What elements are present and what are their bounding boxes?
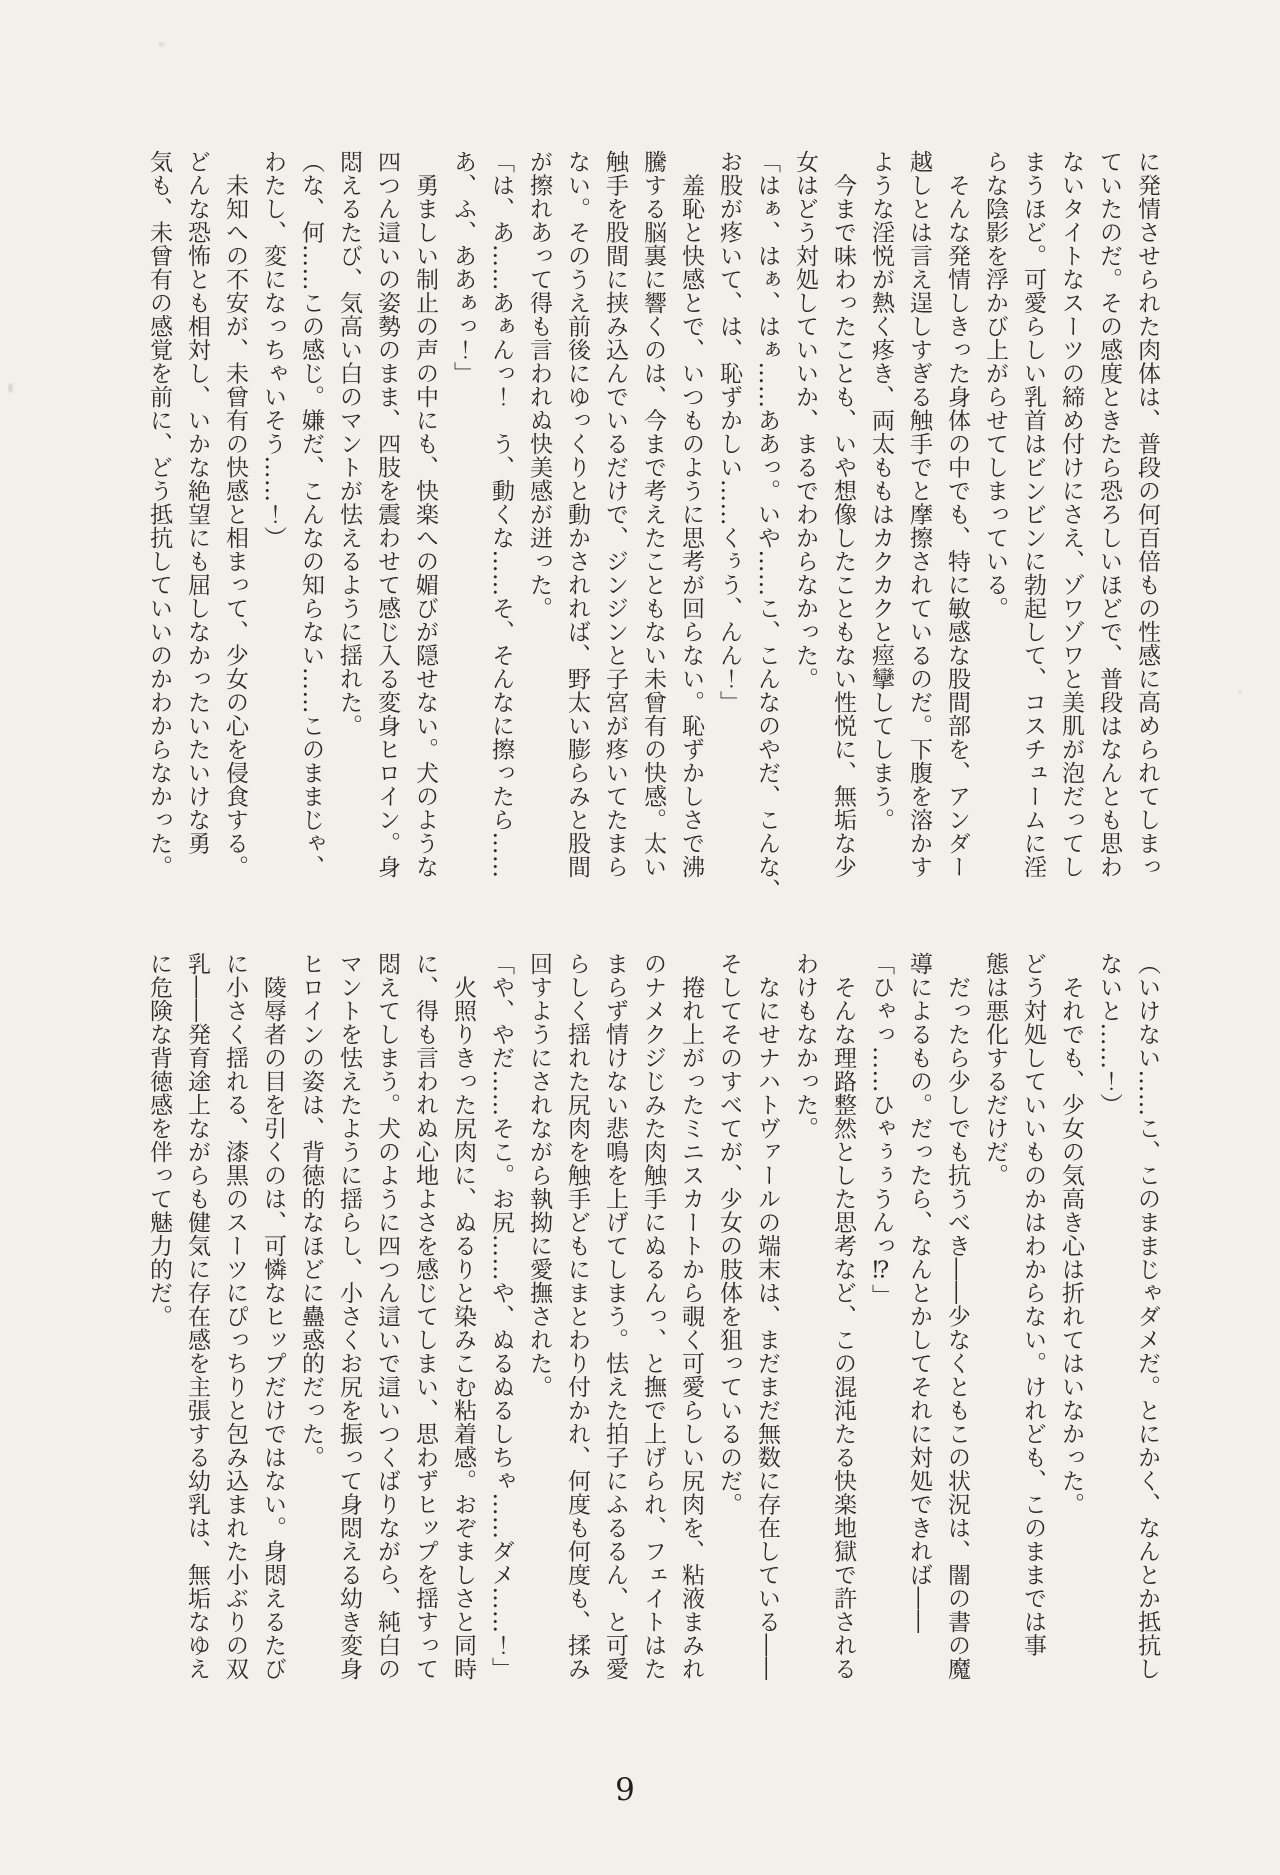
text-column: あ、ふ、ああぁっ！」: [444, 150, 482, 908]
text-column: 「はぁ、はぁ、はぁ……ああっ。いや……こ、こんなのやだ、こんな、: [748, 150, 786, 908]
text-column: 未知への不安が、未曾有の快感と相まって、少女の心を侵食する。: [216, 150, 254, 908]
text-column: そしてそのすべてが、少女の肢体を狙っているのだ。: [710, 952, 748, 1704]
text-column: 女はどう対処していいか、まるでわからなかった。: [786, 150, 824, 908]
text-column: ていたのだ。その感度ときたら恐ろしいほどで、普段はなんとも思わ: [1090, 150, 1128, 908]
text-column: 四つん這いの姿勢のまま、四肢を震わせて感じ入る変身ヒロイン。身: [368, 150, 406, 908]
text-column: 「は、あ……あぁんっ！ う、動くな……そ、そんなに擦ったら……: [482, 150, 520, 908]
text-column: 乳――発育途上ながらも健気に存在感を主張する幼乳は、無垢なゆえ: [178, 952, 216, 1704]
text-column: ないタイトなスーツの締め付けにさえ、ゾワゾワと美肌が泡だってし: [1052, 150, 1090, 908]
text-column: まうほど。可愛らしい乳首はビンビンに勃起して、コスチュームに淫: [1014, 150, 1052, 908]
text-column: らな陰影を浮かび上がらせてしまっている。: [976, 150, 1014, 908]
text-column: 「や、やだ……そこ。お尻……や、ぬるぬるしちゃ……ダメ……！」: [482, 952, 520, 1704]
text-column: 気も、未曾有の感覚を前に、どう抵抗していいのかわからなかった。: [140, 150, 178, 908]
text-column: どんな恐怖とも相対し、いかな絶望にも屈しなかったいたいけな勇: [178, 150, 216, 908]
text-column: 触手を股間に挟み込んでいるだけで、ジンジンと子宮が疼いてたまら: [596, 150, 634, 908]
text-column: 悶えてしまう。犬のように四つん這いで這いつくばりながら、純白の: [368, 952, 406, 1704]
text-column: 悶えるたび、気高い白のマントが怯えるように揺れた。: [330, 150, 368, 908]
text-column: に、得も言われぬ心地よさを感じてしまい、思わずヒップを揺すって: [406, 952, 444, 1704]
text-column: （な、何……この感じ。嫌だ、こんなの知らない……このままじゃ、: [292, 150, 330, 908]
text-column: 捲れ上がったミニスカートから覗く可愛らしい尻肉を、粘液まみれ: [672, 952, 710, 1704]
text-column: らしく揺れた尻肉を触手どもにまとわり付かれ、何度も何度も、揉み: [558, 952, 596, 1704]
text-column: ような淫悦が熱く疼き、両太ももはカクカクと痙攣してしまう。: [862, 150, 900, 908]
scan-speck-icon: [1238, 690, 1242, 694]
text-column: 態は悪化するだけだ。: [976, 952, 1014, 1704]
scanned-page: に発情させられた肉体は、普段の何百倍もの性感に高められてしまっていたのだ。その感…: [0, 0, 1280, 1875]
text-column: なにせナハトヴァールの端末は、まだまだ無数に存在している――: [748, 952, 786, 1704]
text-column: （いけない……こ、このままじゃダメだ。とにかく、なんとか抵抗し: [1128, 952, 1166, 1704]
text-column: ない。そのうえ前後にゆっくりと動かされれば、野太い膨らみと股間: [558, 150, 596, 908]
text-column: 今まで味わったことも、いや想像したこともない性悦に、無垢な少: [824, 150, 862, 908]
text-column: 騰する脳裏に響くのは、今まで考えたこともない未曾有の快感。太い: [634, 150, 672, 908]
text-column: ないと……！）: [1090, 952, 1128, 1704]
text-column: どう対処していいものかはわからない。けれども、このままでは事: [1014, 952, 1052, 1704]
scan-speck-icon: [8, 383, 13, 393]
text-column: ヒロインの姿は、背徳的なほどに蠱惑的だった。: [292, 952, 330, 1704]
text-column: に発情させられた肉体は、普段の何百倍もの性感に高められてしまっ: [1128, 150, 1166, 908]
text-column: お股が疼いて、は、恥ずかしい……くぅう、んん！」: [710, 150, 748, 908]
text-column: マントを怯えたように揺らし、小さくお尻を振って身悶える幼き変身: [330, 952, 368, 1704]
text-block-top: に発情させられた肉体は、普段の何百倍もの性感に高められてしまっていたのだ。その感…: [140, 150, 1166, 908]
text-block-bottom: （いけない……こ、このままじゃダメだ。とにかく、なんとか抵抗しないと……！） そ…: [140, 952, 1166, 1704]
text-column: が擦れあって得も言われぬ快美感が迸った。: [520, 150, 558, 908]
text-column: 陵辱者の目を引くのは、可憐なヒップだけではない。身悶えるたび: [254, 952, 292, 1704]
page-number: 9: [0, 1772, 1250, 1808]
text-column: 導によるもの。だったら、なんとかしてそれに対処できれば――: [900, 952, 938, 1704]
text-column: 「ひゃっ……ひゃぅぅうんっ⁉」: [862, 952, 900, 1704]
text-column: だったら少しでも抗うべき――少なくともこの状況は、闇の書の魔: [938, 952, 976, 1704]
text-column: 回すようにされながら執拗に愛撫された。: [520, 952, 558, 1704]
text-column: に危険な背徳感を伴って魅力的だ。: [140, 952, 178, 1704]
text-column: わけもなかった。: [786, 952, 824, 1704]
text-column: のナメクジじみた肉触手にぬるんっ、と撫で上げられ、フェイトはた: [634, 952, 672, 1704]
text-column: それでも、少女の気高き心は折れてはいなかった。: [1052, 952, 1090, 1704]
scan-speck-icon: [158, 42, 165, 47]
text-column: 羞恥と快感とで、いつものように思考が回らない。恥ずかしさで沸: [672, 150, 710, 908]
text-column: 勇ましい制止の声の中にも、快楽への媚びが隠せない。犬のような: [406, 150, 444, 908]
text-column: 火照りきった尻肉に、ぬるりと染みこむ粘着感。おぞましさと同時: [444, 952, 482, 1704]
text-column: そんな理路整然とした思考など、この混沌たる快楽地獄で許される: [824, 952, 862, 1704]
text-column: 越しとは言え逞しすぎる触手でと摩擦されているのだ。下腹を溶かす: [900, 150, 938, 908]
text-column: に小さく揺れる、漆黒のスーツにぴっちりと包み込まれた小ぶりの双: [216, 952, 254, 1704]
text-column: そんな発情しきった身体の中でも、特に敏感な股間部を、アンダー: [938, 150, 976, 908]
text-column: まらず情けない悲鳴を上げてしまう。怯えた拍子にふるるん、と可愛: [596, 952, 634, 1704]
text-column: わたし、変になっちゃいそう……！）: [254, 150, 292, 908]
